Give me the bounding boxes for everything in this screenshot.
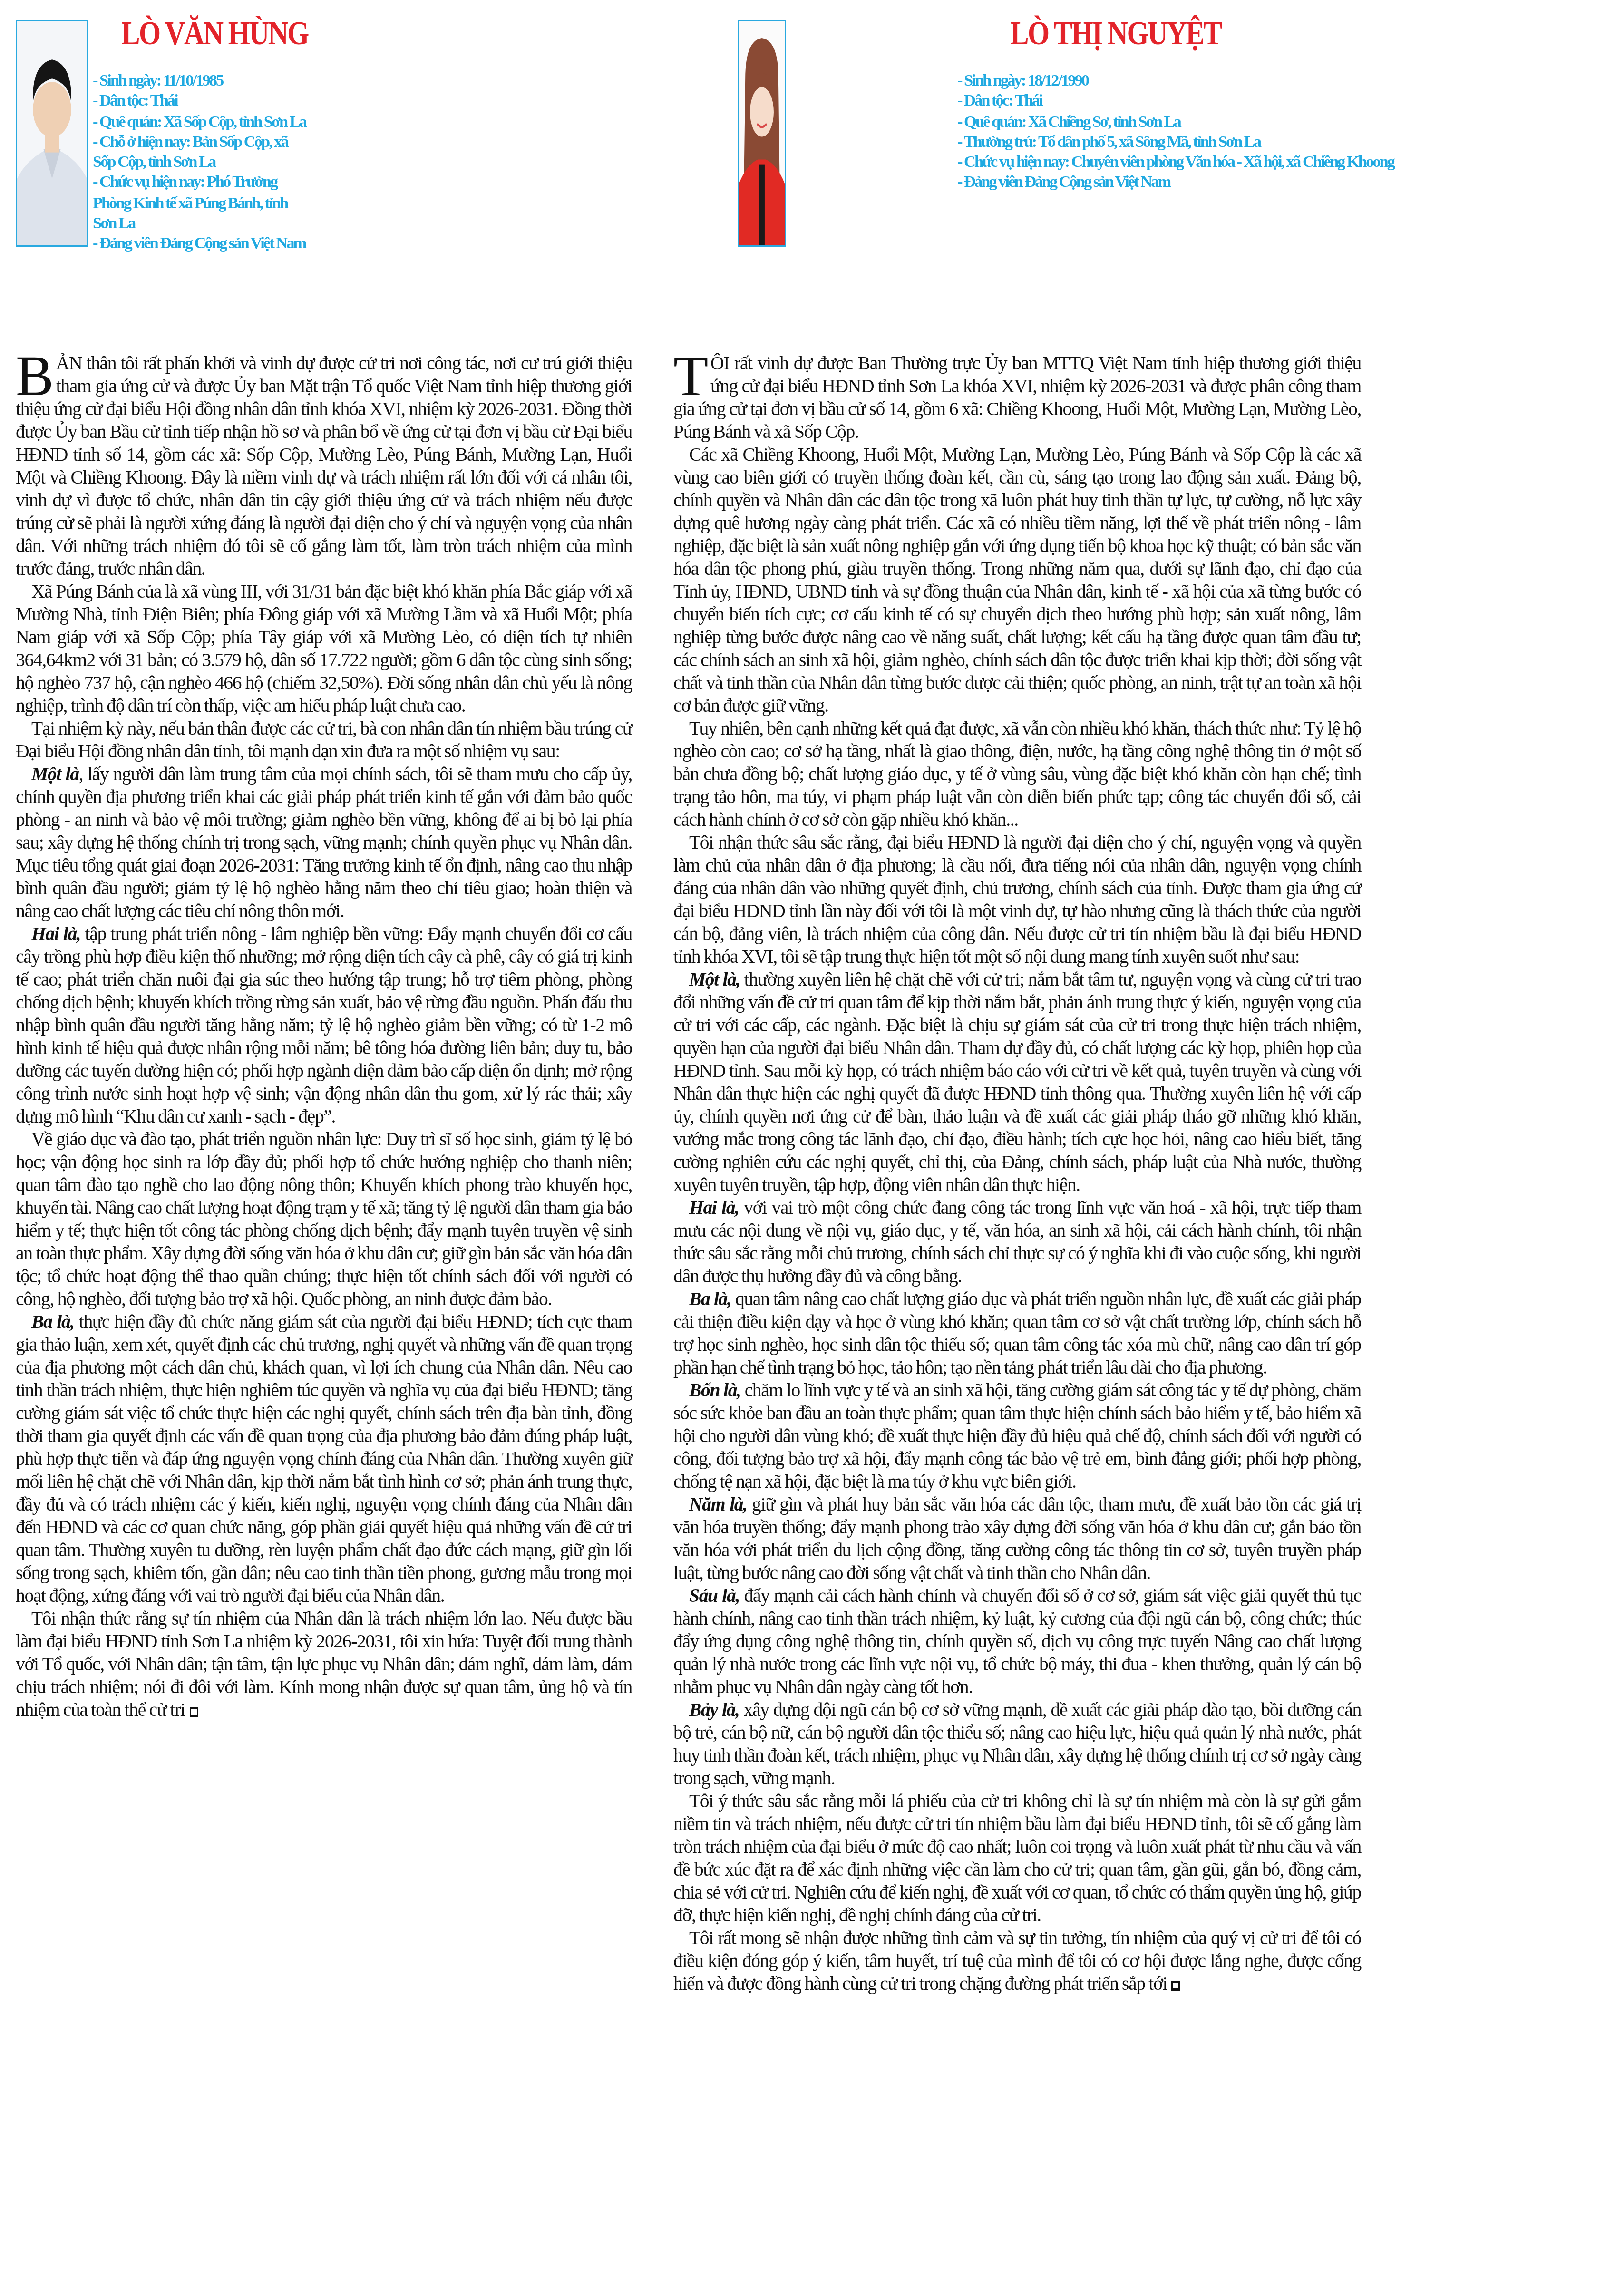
bio-party-member: - Đảng viên Đảng Cộng sản Việt Nam xyxy=(93,234,307,255)
point-label: Ba là, xyxy=(689,1288,731,1309)
article-paragraph: Hai là, với vai trò một công chức đang c… xyxy=(673,1197,1361,1288)
bio-hometown: - Quê quán: Xã Chiềng Sơ, tỉnh Sơn La xyxy=(957,112,1485,133)
drop-cap: B xyxy=(16,355,53,398)
point-label: Một là, xyxy=(689,969,740,990)
candidate-2-photo xyxy=(738,20,786,247)
article-paragraph: Tôi rất mong sẽ nhận được những tình cảm… xyxy=(673,1927,1361,1996)
portrait-man-icon xyxy=(17,21,87,245)
article-paragraph: Các xã Chiềng Khoong, Huổi Một, Mường Lạ… xyxy=(673,444,1361,717)
article-paragraph: Xã Púng Bánh của là xã vùng III, với 31/… xyxy=(16,581,632,717)
candidate-2-name: LÒ THỊ NGUYỆT xyxy=(1010,17,1221,50)
candidate-2-bio: - Sinh ngày: 18/12/1990 - Dân tộc: Thái … xyxy=(957,71,1485,194)
portrait-woman-icon xyxy=(739,21,785,245)
point-label: Sáu là, xyxy=(689,1585,739,1606)
article-paragraph: Năm là, giữ gìn và phát huy bản sắc văn … xyxy=(673,1493,1361,1585)
article-paragraph: Bảy là, xây dựng đội ngũ cán bộ cơ sở vữ… xyxy=(673,1699,1361,1790)
bio-ethnicity: - Dân tộc: Thái xyxy=(93,92,307,112)
article-paragraph: Bốn là, chăm lo lĩnh vực y tế và an sinh… xyxy=(673,1379,1361,1493)
article-paragraph: Một là, thường xuyên liên hệ chặt chẽ vớ… xyxy=(673,969,1361,1197)
article-paragraph: Một là, lấy người dân làm trung tâm của … xyxy=(16,763,632,923)
point-label: Bốn là, xyxy=(689,1379,741,1401)
candidate-1-name: LÒ VĂN HÙNG xyxy=(121,17,308,50)
end-of-article-icon xyxy=(189,1707,198,1717)
article-paragraph: BẢN thân tôi rất phấn khởi và vinh dự đư… xyxy=(16,352,632,581)
candidate-1-bio: - Sinh ngày: 11/10/1985 - Dân tộc: Thái … xyxy=(93,71,307,255)
article-paragraph: Tôi nhận thức rằng sự tín nhiệm của Nhân… xyxy=(16,1608,632,1722)
candidate-1-photo xyxy=(16,20,88,247)
article-paragraph: Tôi ý thức sâu sắc rằng mỗi lá phiếu của… xyxy=(673,1790,1361,1927)
bio-residence: - Thường trú: Tổ dân phố 5, xã Sông Mã, … xyxy=(957,133,1485,153)
candidate-1-article: BẢN thân tôi rất phấn khởi và vinh dự đư… xyxy=(16,352,632,1722)
newspaper-page: LÒ VĂN HÙNG - Sinh ngày: 11/10/1985 - Dâ… xyxy=(0,0,1615,2296)
article-paragraph: Sáu là, đẩy mạnh cải cách hành chính và … xyxy=(673,1585,1361,1699)
candidate-2-article: TÔI rất vinh dự được Ban Thường trực Ủy … xyxy=(673,352,1361,1996)
article-paragraph: Tôi nhận thức sâu sắc rằng, đại biểu HĐN… xyxy=(673,832,1361,969)
article-paragraph: Ba là, thực hiện đầy đủ chức năng giám s… xyxy=(16,1311,632,1608)
bio-residence: - Chỗ ở hiện nay: Bản Sốp Cộp, xã Sốp Cộ… xyxy=(93,133,307,174)
bio-position: - Chức vụ hiện nay: Phó Trưởng Phòng Kin… xyxy=(93,173,307,234)
article-paragraph: TÔI rất vinh dự được Ban Thường trực Ủy … xyxy=(673,352,1361,444)
bio-position: - Chức vụ hiện nay: Chuyên viên phòng Vă… xyxy=(957,153,1485,174)
point-label: Hai là, xyxy=(689,1197,739,1218)
article-paragraph: Ba là, quan tâm nâng cao chất lượng giáo… xyxy=(673,1288,1361,1379)
end-of-article-icon xyxy=(1171,1981,1180,1991)
article-paragraph: Về giáo dục và đào tạo, phát triển nguồn… xyxy=(16,1128,632,1311)
bio-party-member: - Đảng viên Đảng Cộng sản Việt Nam xyxy=(957,173,1485,194)
bio-hometown: - Quê quán: Xã Sốp Cộp, tỉnh Sơn La xyxy=(93,112,307,133)
point-label: Một là xyxy=(31,763,79,785)
point-label: Hai là, xyxy=(31,923,80,944)
bio-ethnicity: - Dân tộc: Thái xyxy=(957,92,1485,112)
article-paragraph: Tuy nhiên, bên cạnh những kết quả đạt đư… xyxy=(673,717,1361,832)
bio-birthdate: - Sinh ngày: 11/10/1985 xyxy=(93,71,307,92)
drop-cap: T xyxy=(673,355,708,398)
point-label: Ba là, xyxy=(31,1311,74,1332)
article-paragraph: Hai là, tập trung phát triển nông - lâm … xyxy=(16,923,632,1128)
bio-birthdate: - Sinh ngày: 18/12/1990 xyxy=(957,71,1485,92)
article-paragraph: Tại nhiệm kỳ này, nếu bản thân được các … xyxy=(16,717,632,763)
point-label: Bảy là, xyxy=(689,1699,739,1720)
point-label: Năm là, xyxy=(689,1493,747,1515)
